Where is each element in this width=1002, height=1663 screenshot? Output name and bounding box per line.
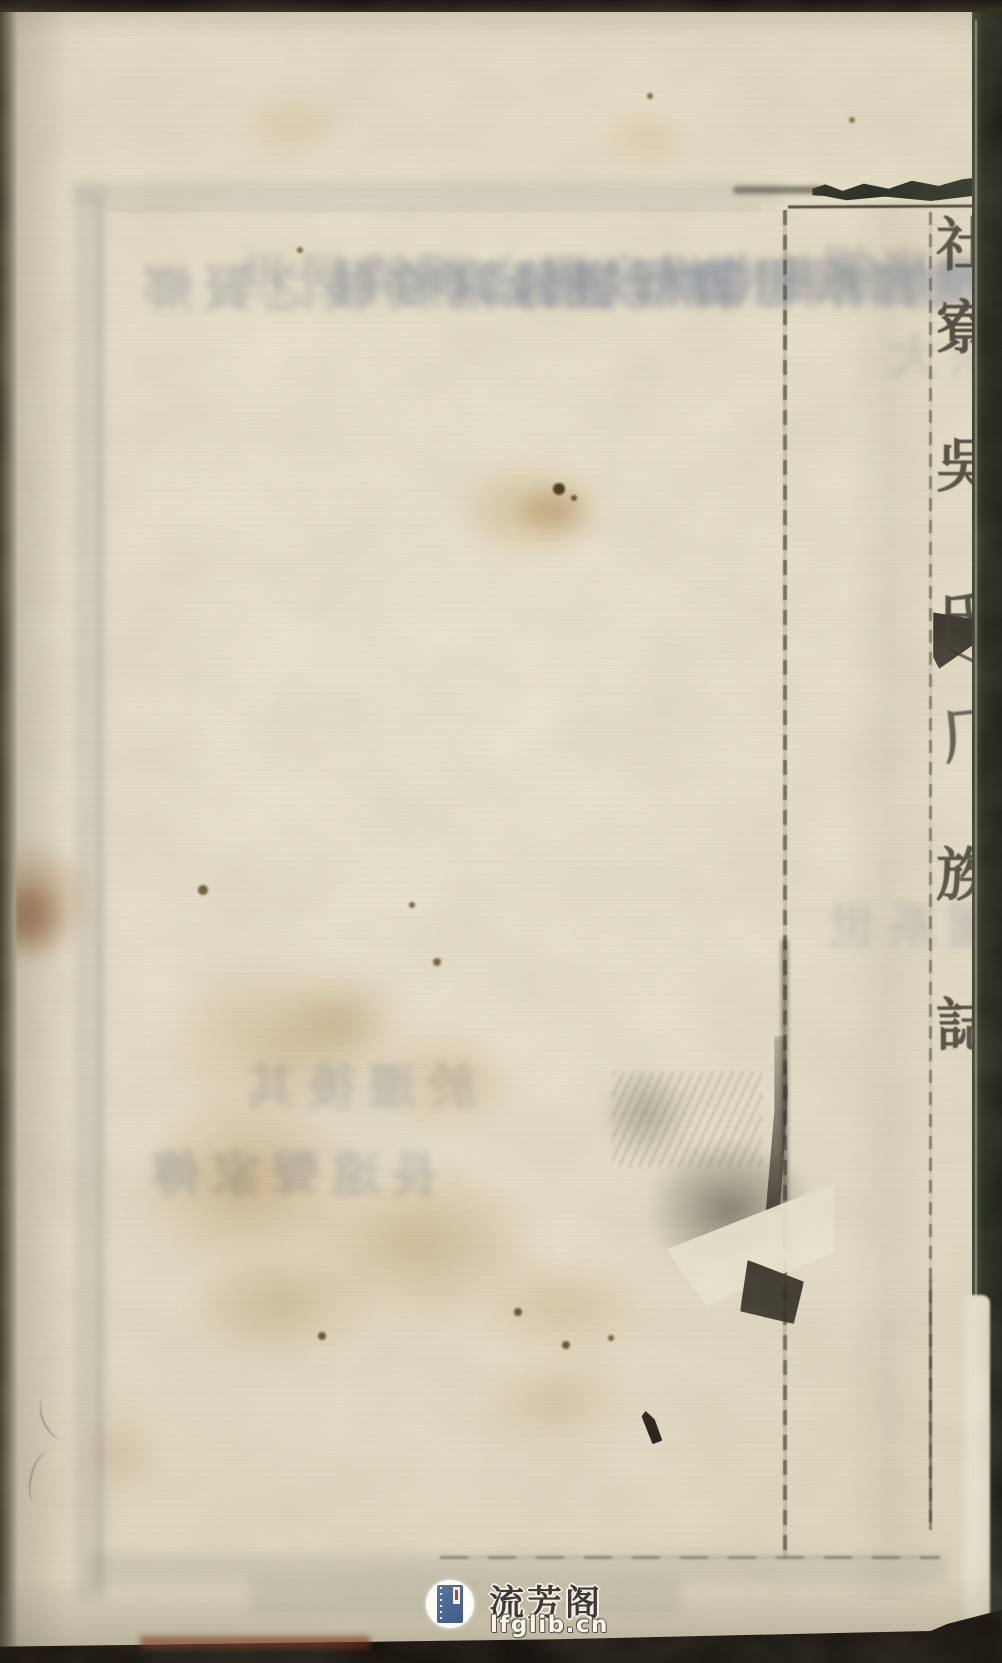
column-rule-right-lower [929, 1280, 932, 1530]
paper-speck [571, 495, 577, 501]
paper-speck [433, 958, 441, 966]
column-rule-left [783, 210, 787, 1558]
paper-speck [608, 1335, 614, 1341]
top-shadow [0, 10, 1002, 38]
paper-stain [215, 82, 370, 167]
ink-smear-wisp [733, 186, 825, 194]
paper-speck [198, 885, 208, 895]
paper-speck [409, 902, 415, 908]
book-icon [437, 1585, 463, 1623]
paper-speck [562, 1341, 570, 1349]
paper-speck [297, 247, 303, 253]
paper-stain [250, 960, 430, 1080]
paper-stain [455, 1345, 655, 1455]
paper-stain [497, 468, 612, 553]
frame-bottom-rule [440, 1556, 940, 1559]
paper-speck [514, 1308, 522, 1316]
bleedthrough-frame-top-inner [110, 205, 760, 212]
paper-stain [575, 92, 715, 187]
bleedthrough-frame-top [74, 182, 780, 204]
book-icon-title-label [453, 1587, 460, 1604]
book-icon-label-mark [455, 1590, 458, 1600]
paper-speck [849, 117, 855, 123]
bottom-edge-red-smear [140, 1636, 370, 1649]
paper-stain [148, 1228, 418, 1378]
paper-speck [553, 483, 565, 495]
watermark-site-url: lfglib.cn [490, 1612, 609, 1638]
scanned-book-page: 鄉賢之後裔居永圖世澤傳家聲遠長世居清溪之陽泉州宅裏分其後遷於祖考諱公字行第思永言… [0, 0, 1002, 1663]
book-icon-stitching [440, 1587, 442, 1621]
paper-speck [318, 1332, 326, 1340]
paper-speck [647, 93, 653, 99]
paper-stain [55, 1395, 180, 1510]
watermark-circle [426, 1580, 474, 1628]
book-edge-top [0, 0, 1002, 12]
book-edge-left [0, 0, 18, 1663]
